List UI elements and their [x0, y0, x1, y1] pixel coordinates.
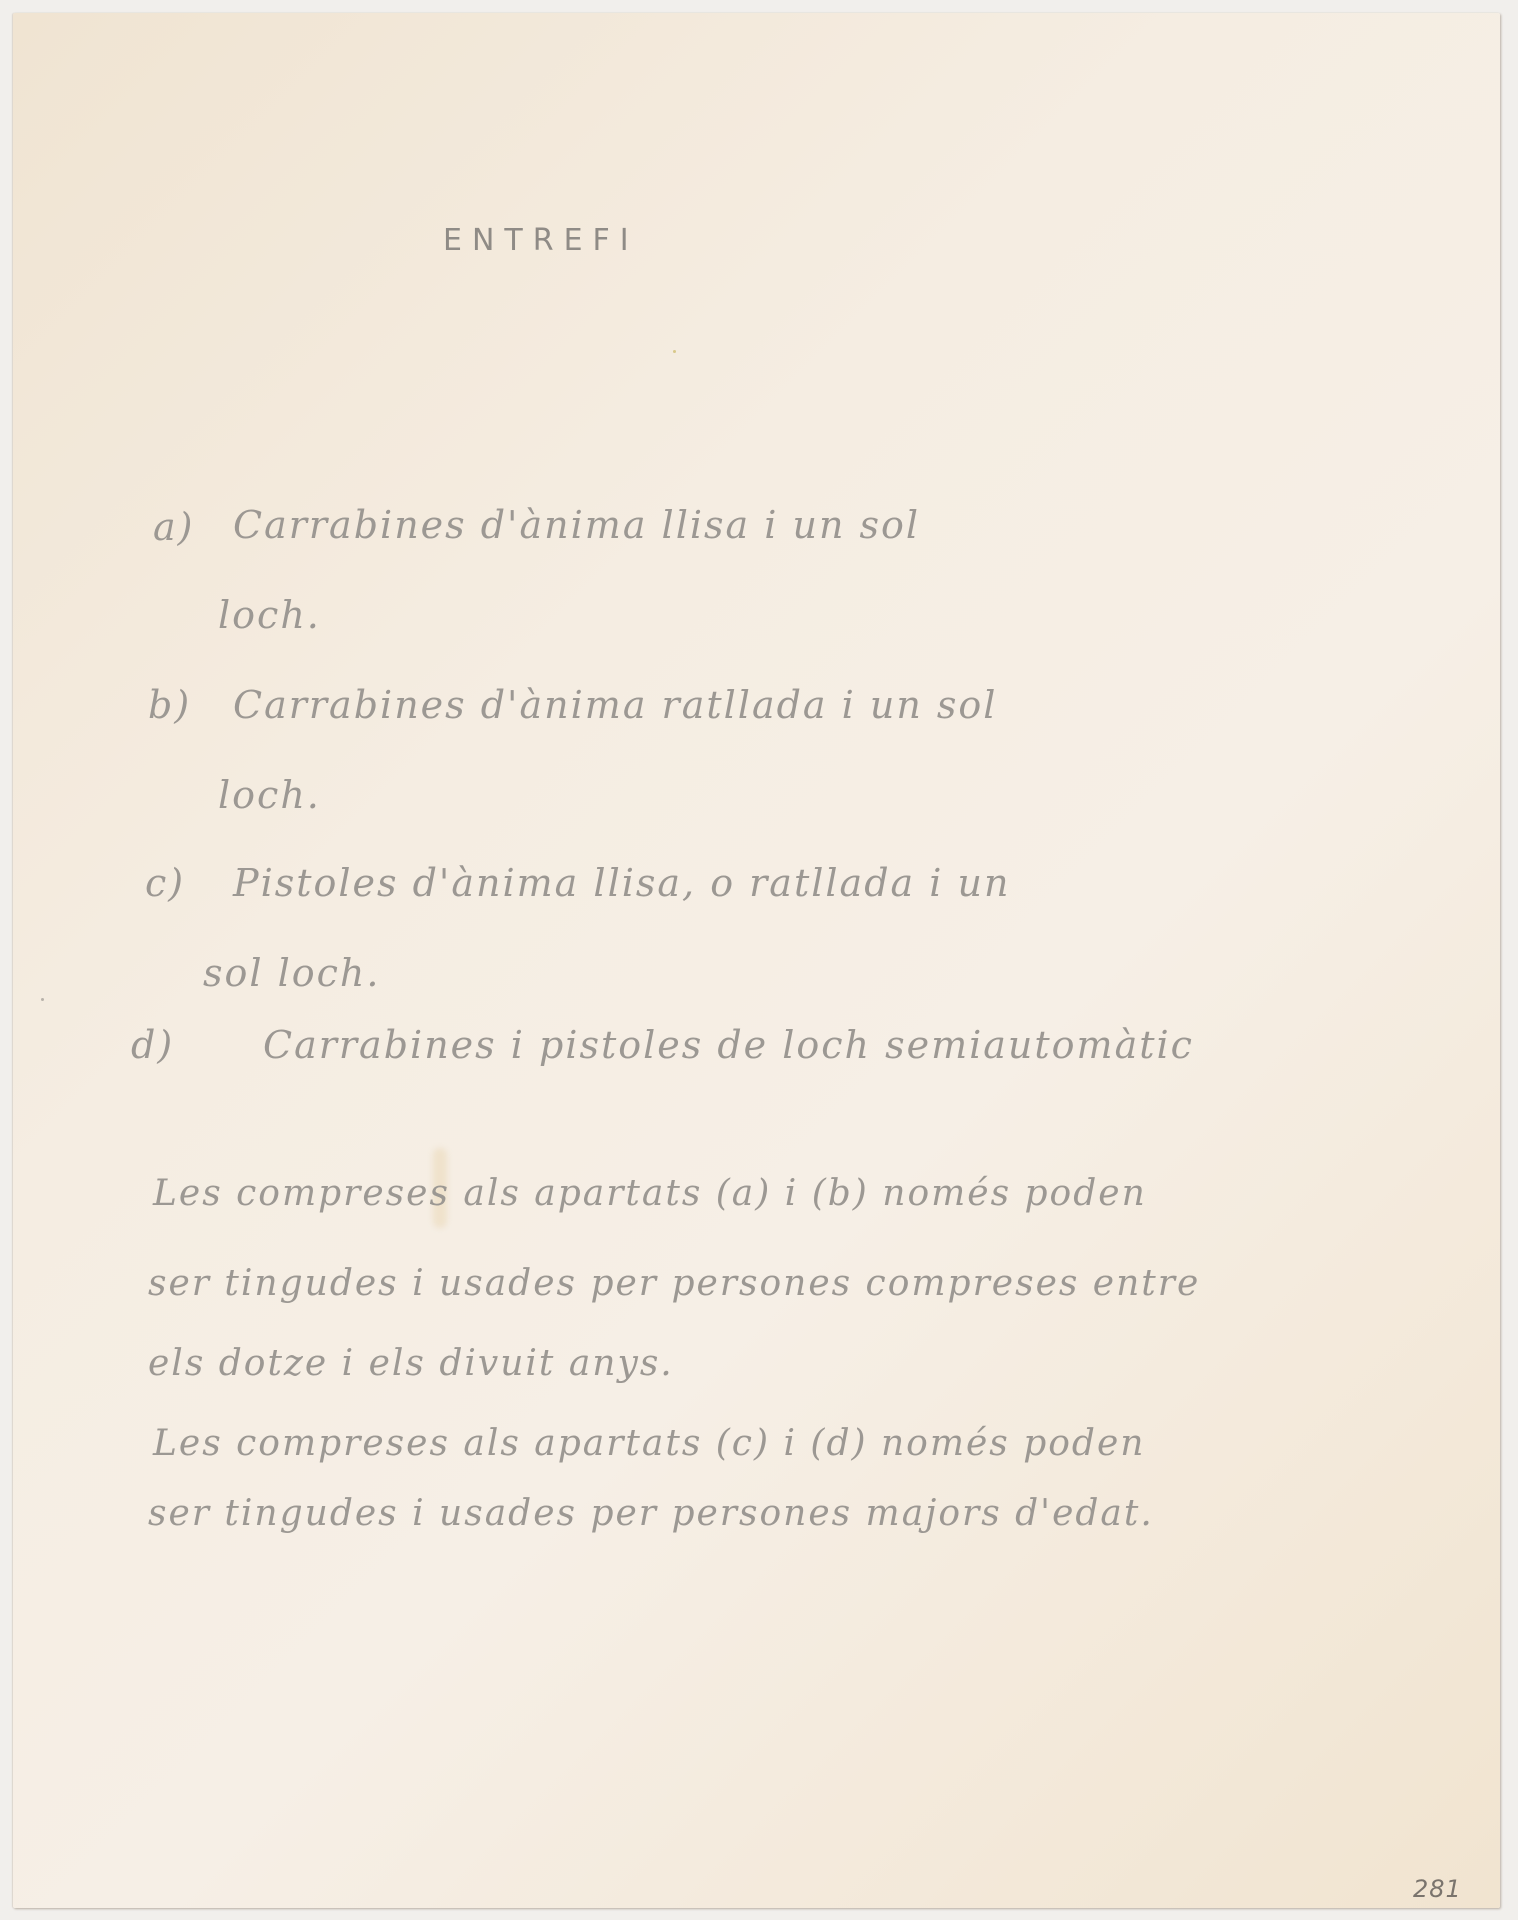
page-number: 281: [1413, 1875, 1462, 1903]
paragraph-1-line-3: els dotze i els divuit anys.: [148, 1343, 674, 1384]
item-b-line-1: Carrabines d'ànima ratllada i un sol: [233, 683, 997, 727]
item-c-label: c): [145, 861, 185, 905]
item-c-line-1: Pistoles d'ànima llisa, o ratllada i un: [233, 861, 1010, 905]
item-b-line-2: loch.: [218, 773, 321, 817]
paragraph-1-line-1: Les compreses als apartats (a) i (b) nom…: [153, 1173, 1147, 1214]
paper-speck: [673, 350, 676, 353]
paragraph-2-line-2: ser tingudes i usades per persones major…: [148, 1493, 1154, 1534]
document-title: ENTREFI: [443, 223, 639, 258]
item-a-label: a): [153, 505, 194, 549]
item-b-label: b): [148, 683, 191, 727]
item-d-label: d): [131, 1023, 174, 1067]
item-a-line-2: loch.: [218, 593, 321, 637]
item-d-line-1: Carrabines i pistoles de loch semiautomà…: [263, 1023, 1194, 1067]
paper-sheet: ENTREFI a) Carrabines d'ànima llisa i un…: [13, 13, 1500, 1908]
paragraph-2-line-1: Les compreses als apartats (c) i (d) nom…: [153, 1423, 1145, 1464]
paragraph-1-line-2: ser tingudes i usades per persones compr…: [148, 1263, 1200, 1304]
margin-mark: [41, 998, 44, 1001]
item-a-line-1: Carrabines d'ànima llisa i un sol: [233, 503, 920, 547]
item-c-line-2: sol loch.: [203, 951, 380, 995]
